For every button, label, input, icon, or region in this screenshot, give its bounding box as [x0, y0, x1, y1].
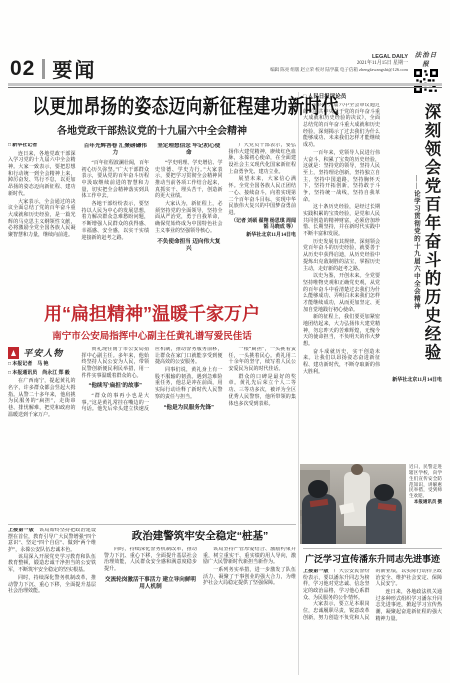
photo-credit: 本报通讯员 摄: [409, 499, 442, 505]
subhead: 百年光辉答卷 汇聚磅礴伟力: [82, 143, 150, 158]
paragraph: 该局坚持严管厚爱结合、激励约束并重，树立重实干、重实绩的用人导向，激励广大民警新…: [203, 547, 296, 567]
subhead: “他是为民服务先锋”: [155, 405, 223, 412]
article-commentary: □ 人民日报评论员 深刻领会党百年奋斗的历史经验 ——论学习贯彻党的十九届六中全…: [303, 92, 442, 459]
paragraph: 一根“扁担”，一头挑着责任，一头挑着民心。黄礼用二十余年的坚守，续写着人民公安爱…: [229, 347, 297, 374]
header-divider: [42, 59, 45, 79]
paragraph: 同时，持续深化警务机制改革，推动警力下沉、重心下移，全面提升基层社会治理效能。: [8, 576, 96, 596]
column-divider: [298, 92, 299, 675]
paragraph: “百年征程波澜壮阔，百年初心历久弥坚。”广大干部群众表示，要从党的百年奋斗历程中…: [82, 161, 150, 201]
paragraph: 展望未来，大家信心满怀。全党全国各族人民正团结一心、接续奋斗，向着实现第二个百年…: [229, 177, 297, 217]
feature-body: 平安人物 □ 本报记者 马 艳□ 本报通讯员 尚永江 郑 毅在广西南宁，提起黄礼…: [8, 347, 296, 527]
bottom-left-headline: 政治建警筑牢安全稳定“桩基”: [104, 528, 296, 543]
staff-line: 编辑 陈亮 组版 赵立荣 校对 陆学赢 电子信箱 zhengfawangshi@…: [270, 67, 408, 73]
byline: □ 新华社记者: [8, 143, 76, 150]
photo-student-right-head: [374, 484, 394, 501]
commentary-byline: □ 人民日报评论员: [303, 92, 442, 100]
bottom-left-rule: [8, 524, 296, 525]
paragraph: 广大党员干部表示，要弘扬伟大建党精神，赓续红色血脉，永葆初心使命，在全面建设社会…: [229, 143, 297, 176]
lead-in: 上接第一版: [8, 528, 34, 533]
header-rule-thin: [8, 87, 442, 88]
commentary-body-wrap: 深刻领会党百年奋斗的历史经验 ——论学习贯彻党的十九届六中全会精神 党的十九届六…: [303, 103, 442, 459]
paragraph: 同事们说，黄礼身上有一股不服输的韧劲。遇到急难险重任务，他总是冲在前面，用实际行…: [155, 368, 223, 401]
main-headline: 以更加昂扬的姿态迈向新征程建功新时代: [32, 90, 271, 119]
dateline: 新华社北京11月14日电: [303, 378, 442, 385]
commentary-headline: 深刻领会党百年奋斗的历史经验: [422, 103, 440, 362]
subhead: 不负使命担当 迈向伟大复兴: [155, 239, 223, 254]
dateline: （记者 刘硕 翟翔 杨思琪 周闻韬 马晓成 等）: [229, 219, 297, 232]
bottom-right-body: 上接第一版 广大公安民警纷纷表示，要以潘东升同志为榜样，学习他对党忠诚、信念坚定…: [303, 569, 442, 679]
commentary-subtitle: ——论学习贯彻党的十九届六中全会精神: [413, 103, 420, 310]
bottom-right-rule: [303, 548, 442, 549]
paragraph: 连日来，各地党政干部深入学习党的十九届六中全会精神。大家一致表示，要把思想和行动…: [8, 152, 76, 199]
brand-chinese: 法治日报: [412, 50, 440, 68]
bottom-left-body: 同时，持续深化警务机制改革，推动警力下沉、重心下移，全面提升基层社会治理效能，人…: [104, 547, 296, 681]
article-feature: 用“扁担精神”温暖千家万户 南宁市公安局指挥中心副主任黄礼谱写爱民佳话 平安人物…: [8, 300, 296, 527]
subhead: 坚定理想信念 牢记初心使命: [155, 143, 223, 158]
paragraph: 群众的口碑是最好的奖章。黄礼先后荣立个人二等功、三等功多次，被评为全区优秀人民警…: [229, 375, 297, 408]
photo-caption: 近日，民警走进辖区学校，向学生们宣传安全防范知识，讲解惠民举措，受到师生欢迎。 …: [409, 464, 442, 544]
paragraph: “学史明理、学史增信、学史崇德、学史力行。”大家表示，要把学习贯彻全会精神同推动…: [155, 161, 223, 201]
lead-in: 上接第一版: [303, 569, 329, 574]
subhead: 交流轮岗激活干事活力 建立导向鲜明用人机制: [104, 577, 197, 592]
masthead: 法治日报: [412, 50, 440, 98]
paragraph: 连日来，各地政法机关通过多种形式组织学习潘东升同志先进事迹，掀起学习宣传热潮，凝…: [376, 590, 443, 623]
header-info: LEGAL DAILY 2021年11月15日 星期一 编辑 陈亮 组版 赵立荣…: [270, 54, 408, 73]
dateline: 新华社北京11月14日电: [229, 233, 297, 240]
photo-caption-text: 近日，民警走进辖区学校，向学生们宣传安全防范知识，讲解惠民举措，受到师生欢迎。: [409, 464, 442, 498]
column-flag-label: 平安人物: [23, 347, 63, 359]
paragraph: 一系列务实举措，进一步激发了队伍活力，凝聚了干事创业的强大合力，为维护社会大局稳…: [203, 568, 296, 588]
article-bottom-right: 广泛学习宣传潘东升同志先进事迹 上接第一版 广大公安民警纷纷表示，要以潘东升同志…: [303, 552, 442, 680]
paragraph: 大家表示，全会通过的决议全面总结了党的百年奋斗重大成就和历史经验，是一篇光辉的马…: [8, 200, 76, 240]
paragraph: 在广西南宁，提起黄礼的名字，许多群众都会竖起大拇指。从警二十多年来，他肩挑为民服…: [8, 379, 76, 419]
column-flag-icon: [8, 347, 19, 359]
bottom-right-headline: 广泛学习宣传潘东升同志先进事迹: [303, 552, 442, 565]
bottom-left-right: 政治建警筑牢安全稳定“桩基” 同时，持续深化警务机制改革，推动警力下沉、重心下移…: [104, 528, 296, 680]
paragraph: 同时，持续深化警务机制改革，推动警力下沉、重心下移，全面提升基层社会治理效能，人…: [104, 547, 197, 574]
byline: □ 本报通讯员 尚永江 郑 毅: [8, 371, 76, 378]
main-body: □ 新华社记者连日来，各地党政干部深入学习党的十九届六中全会精神。大家一致表示，…: [8, 143, 296, 323]
newspaper-page: 02要闻 LEGAL DAILY 2021年11月15日 星期一 编辑 陈亮 组…: [0, 0, 450, 683]
photo-adult-head: [351, 464, 363, 475]
bottom-left-col1: 上接第一版 该局始终坚持把政治建设摆在首位，教育引导广大民警增强“四个意识”、坚…: [8, 528, 96, 680]
paragraph: 各地干部纷纷表示，要坚持以人民为中心的发展思想，着力解决群众急难愁盼问题，不断增…: [82, 202, 150, 242]
main-subtitle: 各地党政干部热议党的十九届六中全会精神: [8, 122, 296, 137]
article-bottom-left: 上接第一版 该局始终坚持把政治建设摆在首位，教育引导广大民警增强“四个意识”、坚…: [8, 528, 296, 680]
paragraph: 该局深入开展党史学习教育和队伍教育整顿，锻造忠诚干净担当的公安铁军，不断筑牢安全…: [8, 555, 96, 575]
feature-headline: 用“扁担精神”温暖千家万户: [8, 300, 296, 326]
photo-student-left-head: [308, 480, 328, 498]
byline: □ 本报记者 马 艳: [8, 362, 76, 369]
qr-code-icon: [414, 69, 438, 93]
column-flag: 平安人物: [8, 347, 76, 359]
commentary-vertical-headline-block: 深刻领会党百年奋斗的历史经验 ——论学习贯彻党的十九届六中全会精神: [384, 103, 442, 367]
feature-subtitle: 南宁市公安局指挥中心副主任黄礼谱写爱民佳话: [8, 328, 296, 342]
subhead: “他续写‘扁担’的故事”: [82, 383, 150, 390]
paragraph: 大家认为，新征程上，必须坚持党的全面领导，坚持全面从严治党，勇于自我革命，确保党…: [155, 202, 223, 235]
news-photo: [300, 464, 406, 544]
page-number: 02: [10, 57, 35, 81]
header-rule-thick: [8, 83, 442, 86]
paragraph: 黄礼现任南宁市公安局指挥中心副主任。多年来，他始终坚持人民公安为人民，带领民警创…: [82, 347, 150, 380]
section-title: 要闻: [52, 54, 96, 83]
brand-english: LEGAL DAILY: [270, 54, 408, 61]
page-header: 02要闻 LEGAL DAILY 2021年11月15日 星期一 编辑 陈亮 组…: [10, 54, 440, 82]
article-main: 以更加昂扬的姿态迈向新征程建功新时代 各地党政干部热议党的十九届六中全会精神 □…: [8, 90, 296, 323]
